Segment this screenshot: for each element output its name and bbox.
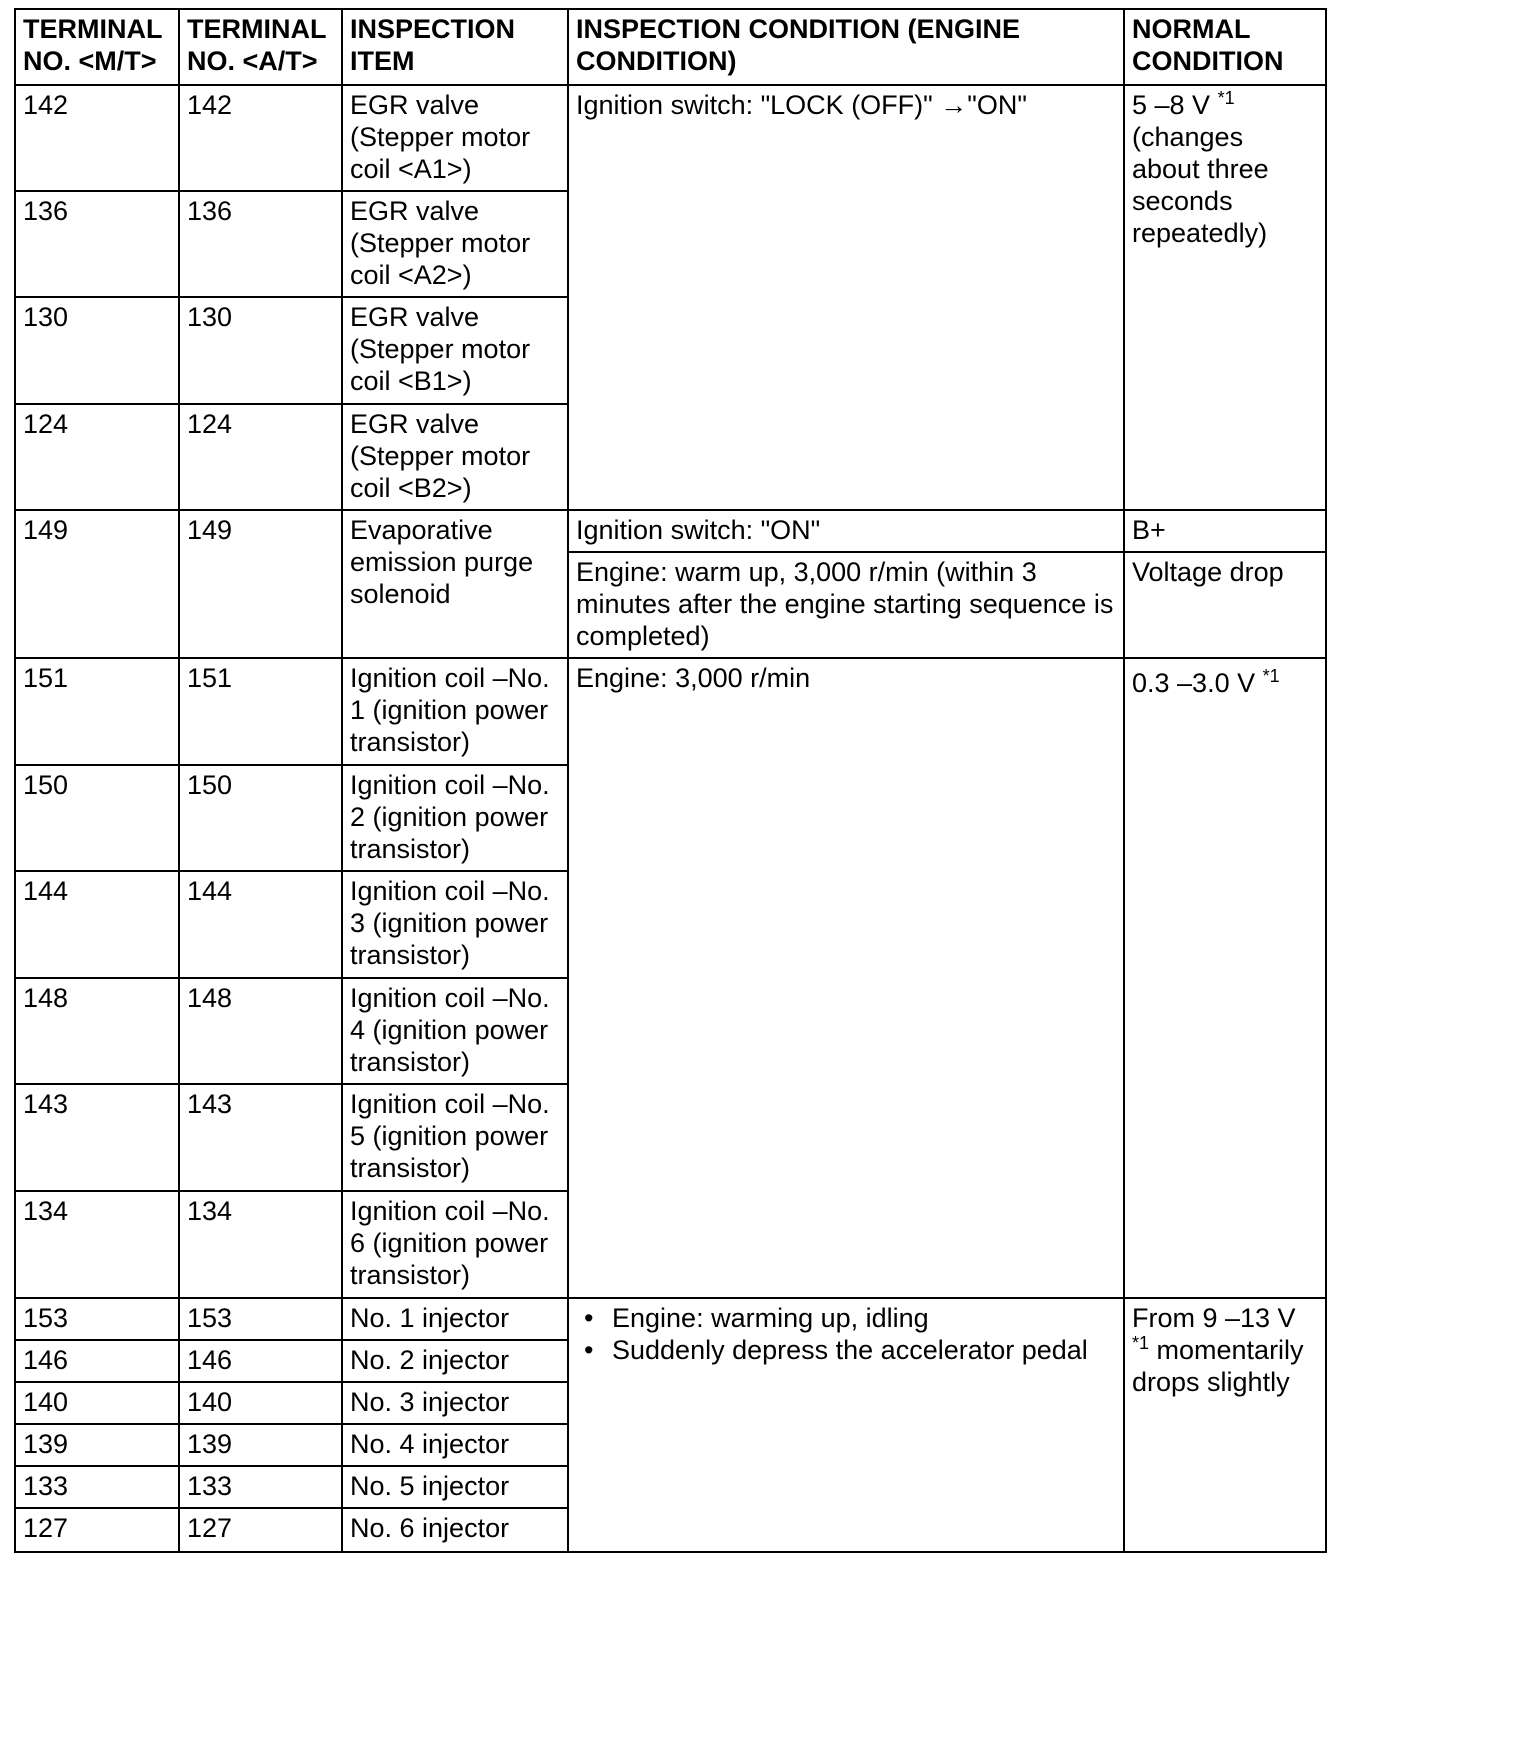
inspection-item-cell: No. 5 injector <box>341 1465 569 1509</box>
header-cell: NORMAL CONDITION <box>1123 8 1327 86</box>
header-cell: TERMINAL NO. <M/T> <box>14 8 180 86</box>
footnote-marker: *1 <box>1132 1333 1149 1353</box>
condition-bullet: Suddenly depress the accelerator pedal <box>584 1334 1116 1366</box>
normal-cell: 0.3 –3.0 V *1 <box>1123 657 1327 1299</box>
condition-cell: Engine: 3,000 r/min <box>567 657 1125 1299</box>
terminal-mt: 150 <box>23 770 68 800</box>
terminal-mt: 146 <box>23 1345 68 1375</box>
inspection-item-cell: Ignition coil –No. 3 (ignition power tra… <box>341 870 569 979</box>
terminal-mt: 124 <box>23 409 68 439</box>
terminal-mt-cell: 143 <box>14 1083 180 1192</box>
terminal-mt: 130 <box>23 302 68 332</box>
terminal-at-cell: 130 <box>178 296 343 405</box>
inspection-item: Ignition coil –No. 4 (ignition power tra… <box>350 983 550 1077</box>
condition-cell: Ignition switch: "ON" <box>567 509 1125 553</box>
normal-value: 0.3 –3.0 V <box>1132 668 1263 698</box>
normal-note: (changes about three seconds repeatedly) <box>1132 122 1269 248</box>
inspection-item-cell: Ignition coil –No. 5 (ignition power tra… <box>341 1083 569 1192</box>
inspection-item: No. 5 injector <box>350 1471 509 1501</box>
terminal-mt-cell: 148 <box>14 977 180 1085</box>
condition-text: Engine: warm up, 3,000 r/min (within 3 m… <box>576 557 1113 651</box>
terminal-mt: 151 <box>23 663 68 693</box>
inspection-item-cell: EGR valve (Stepper motor coil <B1>) <box>341 296 569 405</box>
inspection-item: No. 6 injector <box>350 1513 509 1543</box>
condition-bullet-list: Engine: warming up, idlingSuddenly depre… <box>576 1302 1116 1366</box>
terminal-mt-cell: 149 <box>14 509 180 659</box>
terminal-at-cell: 149 <box>178 509 343 659</box>
inspection-item-cell: Ignition coil –No. 4 (ignition power tra… <box>341 977 569 1085</box>
header-cell: INSPECTION ITEM <box>341 8 569 86</box>
inspection-item-cell: Ignition coil –No. 6 (ignition power tra… <box>341 1190 569 1299</box>
terminal-at: 139 <box>187 1429 232 1459</box>
terminal-at: 130 <box>187 302 232 332</box>
normal-cell: Voltage drop <box>1123 551 1327 659</box>
terminal-mt: 139 <box>23 1429 68 1459</box>
terminal-mt-cell: 151 <box>14 657 180 766</box>
inspection-item: Ignition coil –No. 5 (ignition power tra… <box>350 1089 550 1183</box>
terminal-at: 144 <box>187 876 232 906</box>
inspection-item: No. 4 injector <box>350 1429 509 1459</box>
header-label: TERMINAL NO. <M/T> <box>23 14 162 76</box>
terminal-mt-cell: 124 <box>14 403 180 511</box>
terminal-mt: 134 <box>23 1196 68 1226</box>
inspection-item: EGR valve (Stepper motor coil <B1>) <box>350 302 530 396</box>
inspection-item-cell: No. 4 injector <box>341 1423 569 1467</box>
inspection-item-cell: No. 1 injector <box>341 1297 569 1341</box>
header-cell: INSPECTION CONDITION (ENGINE CONDITION) <box>567 8 1125 86</box>
terminal-at-cell: 133 <box>178 1465 343 1509</box>
terminal-at: 151 <box>187 663 232 693</box>
inspection-item: Ignition coil –No. 6 (ignition power tra… <box>350 1196 550 1290</box>
terminal-at: 140 <box>187 1387 232 1417</box>
terminal-mt: 143 <box>23 1089 68 1119</box>
inspection-item: Evaporative emission purge solenoid <box>350 515 533 609</box>
terminal-mt-cell: 150 <box>14 764 180 872</box>
terminal-at: 142 <box>187 90 232 120</box>
footnote-marker: *1 <box>1263 666 1280 686</box>
footnote-marker: *1 <box>1218 88 1235 108</box>
terminal-mt-cell: 133 <box>14 1465 180 1509</box>
inspection-item-cell: No. 3 injector <box>341 1381 569 1425</box>
inspection-item-cell: Ignition coil –No. 2 (ignition power tra… <box>341 764 569 872</box>
normal-cell: 5 –8 V *1 (changes about three seconds r… <box>1123 84 1327 511</box>
inspection-item-cell: EGR valve (Stepper motor coil <B2>) <box>341 403 569 511</box>
terminal-at: 150 <box>187 770 232 800</box>
inspection-item: No. 1 injector <box>350 1303 509 1333</box>
terminal-mt: 136 <box>23 196 68 226</box>
inspection-item: Ignition coil –No. 2 (ignition power tra… <box>350 770 550 864</box>
terminal-at-cell: 142 <box>178 84 343 192</box>
terminal-mt-cell: 136 <box>14 190 180 298</box>
terminal-mt: 142 <box>23 90 68 120</box>
terminal-mt-cell: 139 <box>14 1423 180 1467</box>
terminal-at: 148 <box>187 983 232 1013</box>
inspection-item: Ignition coil –No. 1 (ignition power tra… <box>350 663 550 757</box>
header-label: INSPECTION CONDITION (ENGINE CONDITION) <box>576 14 1020 76</box>
inspection-item-cell: Evaporative emission purge solenoid <box>341 509 569 659</box>
terminal-mt: 149 <box>23 515 68 545</box>
condition-cell: Engine: warming up, idlingSuddenly depre… <box>567 1297 1125 1553</box>
terminal-at: 149 <box>187 515 232 545</box>
terminal-at: 124 <box>187 409 232 439</box>
terminal-mt-cell: 144 <box>14 870 180 979</box>
terminal-at-cell: 153 <box>178 1297 343 1341</box>
inspection-item-cell: EGR valve (Stepper motor coil <A2>) <box>341 190 569 298</box>
terminal-at-cell: 151 <box>178 657 343 766</box>
terminal-at-cell: 150 <box>178 764 343 872</box>
terminal-at-cell: 124 <box>178 403 343 511</box>
terminal-mt: 133 <box>23 1471 68 1501</box>
condition-text: Ignition switch: "LOCK (OFF)" →"ON" <box>576 90 1027 120</box>
terminal-at-cell: 143 <box>178 1083 343 1192</box>
condition-cell: Ignition switch: "LOCK (OFF)" →"ON" <box>567 84 1125 511</box>
terminal-at: 143 <box>187 1089 232 1119</box>
terminal-at-cell: 134 <box>178 1190 343 1299</box>
terminal-at-cell: 140 <box>178 1381 343 1425</box>
header-label: INSPECTION ITEM <box>350 14 515 76</box>
inspection-item: EGR valve (Stepper motor coil <A2>) <box>350 196 530 290</box>
terminal-at-cell: 127 <box>178 1507 343 1553</box>
terminal-mt: 148 <box>23 983 68 1013</box>
terminal-mt-cell: 146 <box>14 1339 180 1383</box>
terminal-at: 127 <box>187 1513 232 1543</box>
terminal-at-cell: 144 <box>178 870 343 979</box>
terminal-mt: 140 <box>23 1387 68 1417</box>
terminal-mt: 144 <box>23 876 68 906</box>
terminal-at-cell: 146 <box>178 1339 343 1383</box>
terminal-at: 153 <box>187 1303 232 1333</box>
terminal-at: 136 <box>187 196 232 226</box>
condition-text: Engine: 3,000 r/min <box>576 663 810 693</box>
terminal-at-cell: 139 <box>178 1423 343 1467</box>
condition-cell: Engine: warm up, 3,000 r/min (within 3 m… <box>567 551 1125 659</box>
condition-text: Ignition switch: "ON" <box>576 515 820 545</box>
terminal-mt-cell: 127 <box>14 1507 180 1553</box>
header-label: NORMAL CONDITION <box>1132 14 1284 76</box>
terminal-mt: 153 <box>23 1303 68 1333</box>
terminal-mt-cell: 130 <box>14 296 180 405</box>
header-label: TERMINAL NO. <A/T> <box>187 14 326 76</box>
inspection-item: Ignition coil –No. 3 (ignition power tra… <box>350 876 550 970</box>
inspection-item: EGR valve (Stepper motor coil <A1>) <box>350 90 530 184</box>
terminal-at: 133 <box>187 1471 232 1501</box>
condition-bullet: Engine: warming up, idling <box>584 1302 1116 1334</box>
terminal-at: 146 <box>187 1345 232 1375</box>
terminal-mt-cell: 140 <box>14 1381 180 1425</box>
terminal-at-cell: 148 <box>178 977 343 1085</box>
normal-value: From 9 –13 V <box>1132 1303 1296 1333</box>
normal-value: Voltage drop <box>1132 557 1284 587</box>
inspection-item-cell: No. 2 injector <box>341 1339 569 1383</box>
terminal-at-cell: 136 <box>178 190 343 298</box>
inspection-item-cell: No. 6 injector <box>341 1507 569 1553</box>
terminal-mt-cell: 134 <box>14 1190 180 1299</box>
normal-value: B+ <box>1132 515 1166 545</box>
normal-cell: B+ <box>1123 509 1327 553</box>
terminal-mt-cell: 142 <box>14 84 180 192</box>
inspection-item: No. 2 injector <box>350 1345 509 1375</box>
normal-note: momentarily drops slightly <box>1132 1335 1304 1397</box>
inspection-item: No. 3 injector <box>350 1387 509 1417</box>
terminal-inspection-table: TERMINAL NO. <M/T>TERMINAL NO. <A/T>INSP… <box>0 0 1520 1758</box>
normal-cell: From 9 –13 V *1 momentarily drops slight… <box>1123 1297 1327 1553</box>
inspection-item: EGR valve (Stepper motor coil <B2>) <box>350 409 530 503</box>
inspection-item-cell: Ignition coil –No. 1 (ignition power tra… <box>341 657 569 766</box>
terminal-mt: 127 <box>23 1513 68 1543</box>
terminal-at: 134 <box>187 1196 232 1226</box>
inspection-item-cell: EGR valve (Stepper motor coil <A1>) <box>341 84 569 192</box>
normal-value: 5 –8 V <box>1132 90 1218 120</box>
header-cell: TERMINAL NO. <A/T> <box>178 8 343 86</box>
terminal-mt-cell: 153 <box>14 1297 180 1341</box>
